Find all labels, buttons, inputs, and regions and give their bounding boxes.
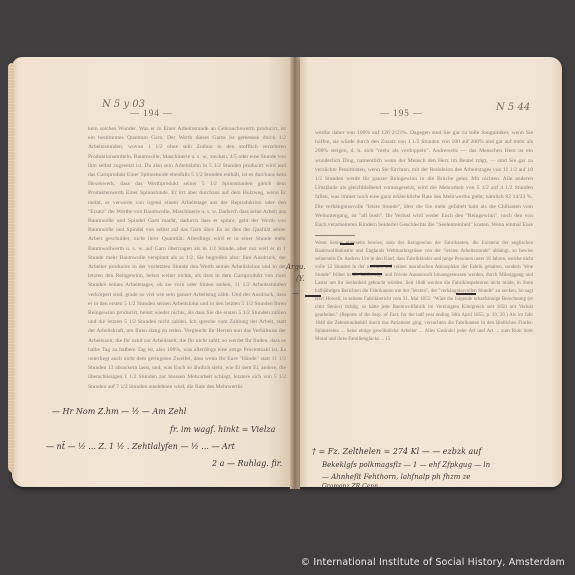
- handwritten-note: Gramonz ZR Cenn: [322, 483, 378, 490]
- open-book: N 5 y 03 — 194 — kein solches Wunder. Wa…: [12, 57, 562, 487]
- copyright-caption: © International Institute of Social Hist…: [301, 557, 565, 568]
- right-page: — 195 — N 5 44 werths daher von 100% auf…: [300, 57, 562, 487]
- book-spine: [290, 57, 300, 489]
- handwritten-note: 2 a — Ruhlag. fir.: [212, 459, 282, 468]
- margin-note: (Y.: [296, 275, 305, 283]
- printed-text: kein solches Wunder. Was er in Einer Arb…: [88, 125, 286, 395]
- margin-note: Argu.: [286, 263, 306, 271]
- left-page: N 5 y 03 — 194 — kein solches Wunder. Wa…: [12, 57, 290, 487]
- ink-strikeout: [340, 243, 354, 245]
- page-number: — 195 —: [380, 108, 423, 118]
- handwritten-note: Bekeklgfs polkmagsflz — 1 — ehf Zfpkgug …: [322, 461, 490, 469]
- page-number: — 194 —: [130, 108, 173, 118]
- printed-text: werths daher von 100% auf 126 2/23%. Dag…: [315, 129, 533, 227]
- handwritten-note: fr. im wagf. hinkt = Vielza: [170, 425, 275, 434]
- margin-note: —: [292, 289, 299, 297]
- ink-strikeout: [352, 273, 382, 275]
- footnote-rule: [315, 235, 355, 236]
- ink-strikeout: [456, 293, 476, 295]
- ink-strikeout: [305, 295, 321, 297]
- ink-strikeout: [370, 265, 392, 267]
- handwritten-note: — Hr Nom Z.hm — ½ — Am Zehl: [52, 407, 186, 416]
- handwritten-note: — nẗ — ½ ... Z. 1 ½ . Zehtlalyfen — ½ ..…: [46, 442, 235, 451]
- handwritten-note: † = Fz. Zelthelen = 274 Kl — — ezbzk auf: [312, 447, 481, 456]
- handwritten-note: — Ahnheflt Fehthorn, lahfnalp ph fhzm ze: [322, 473, 470, 481]
- footnotes-text: Wenn Senior einerseits bewies, dass der …: [315, 240, 533, 438]
- handwritten-page-ref: N 5 44: [496, 102, 530, 113]
